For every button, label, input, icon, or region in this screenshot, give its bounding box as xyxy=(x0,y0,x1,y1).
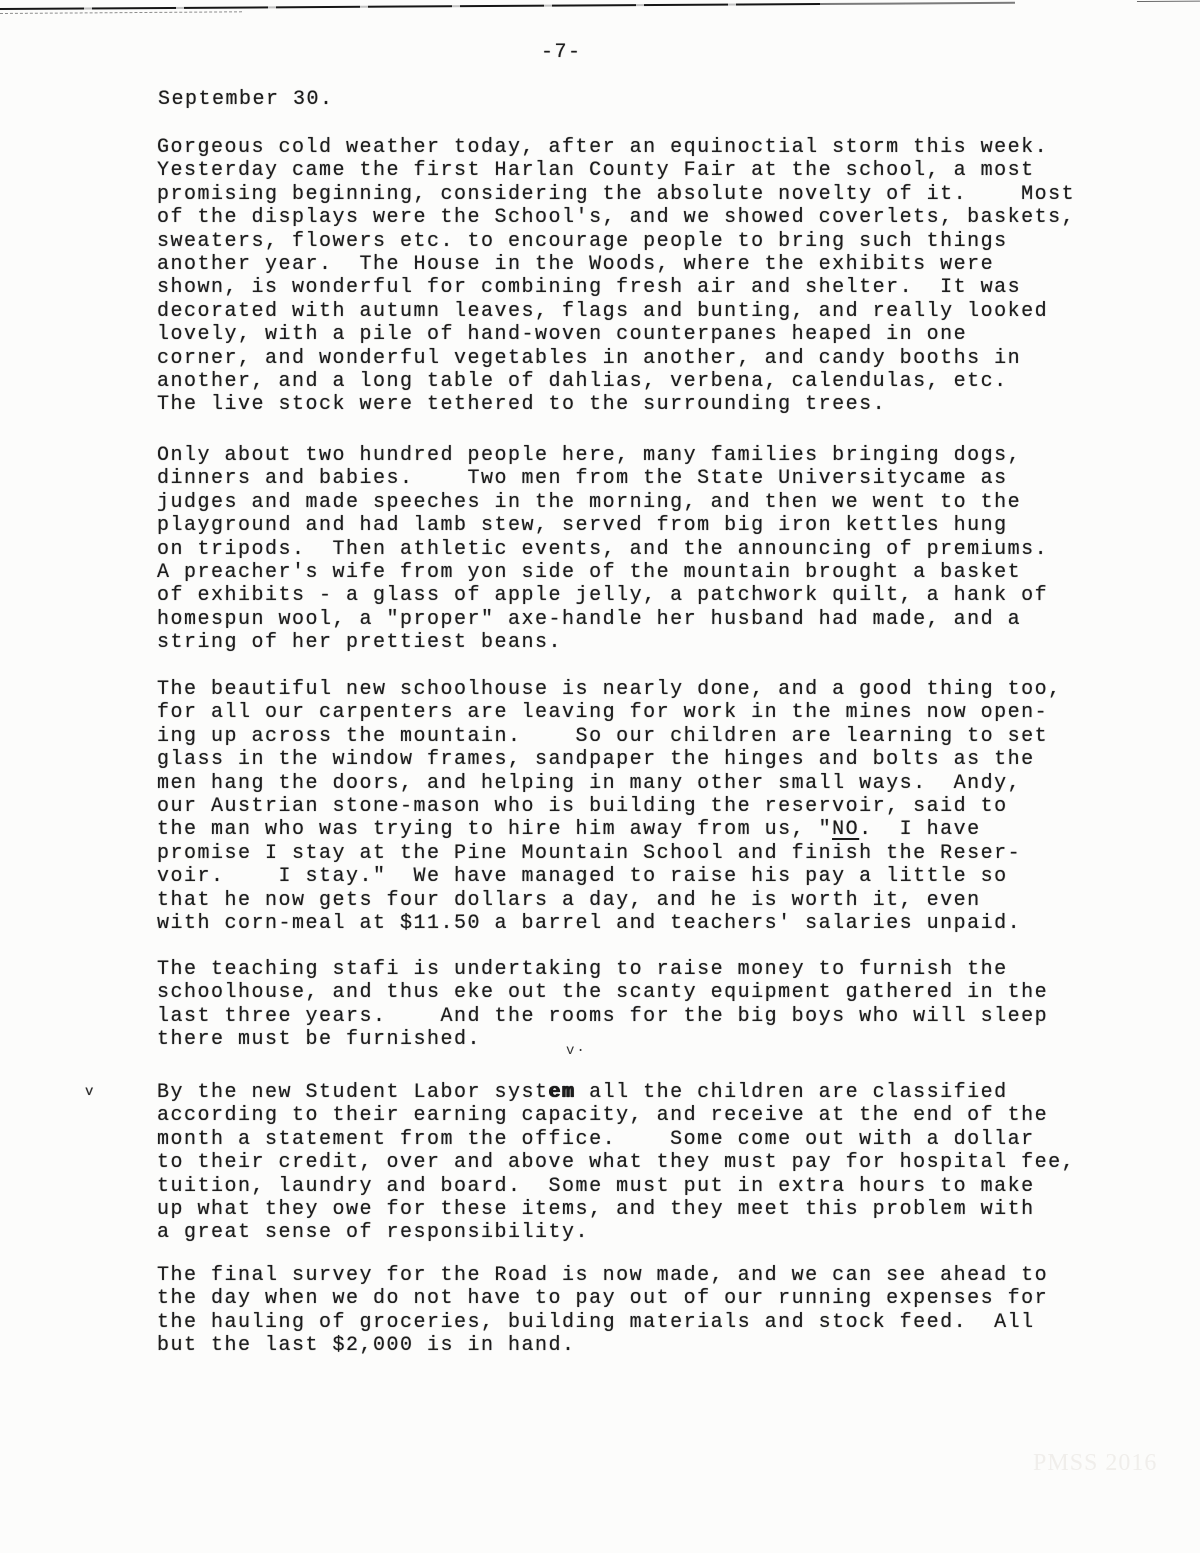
scan-line-segment-mid xyxy=(820,2,1015,5)
paragraph-teaching-staff: The teaching stafi is undertaking to rai… xyxy=(157,958,1048,1052)
watermark: PMSS 2016 xyxy=(1033,1450,1157,1477)
scan-artifact-line xyxy=(0,1,1200,11)
margin-check-mark: v xyxy=(85,1084,93,1100)
paragraph-fair-crowd: Only about two hundred people here, many… xyxy=(157,444,1048,655)
date-heading: September 30. xyxy=(158,88,334,111)
paragraph-schoolhouse: The beautiful new schoolhouse is nearly … xyxy=(157,678,1062,935)
paragraph-student-labor: By the new Student Labor system all the … xyxy=(157,1081,1075,1245)
page-number: -7- xyxy=(541,41,582,64)
scan-artifact-dashes xyxy=(0,11,242,14)
paragraph-road-survey: The final survey for the Road is now mad… xyxy=(157,1264,1048,1358)
stray-typed-mark: v· xyxy=(566,1043,587,1059)
scan-line-segment-left xyxy=(0,3,820,10)
document-page: -7- September 30. Gorgeous cold weather … xyxy=(0,0,1200,1553)
paragraph-fair-day: Gorgeous cold weather today, after an eq… xyxy=(157,136,1075,417)
scan-line-segment-right xyxy=(1137,0,1200,2)
